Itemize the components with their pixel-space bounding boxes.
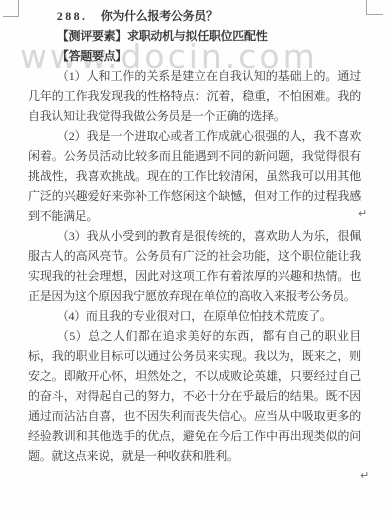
question-number: 2 8 8 .: [57, 9, 85, 23]
text-boundary-mark-top-right: [366, 0, 383, 15]
question-text: 你为什么报考公务员？: [101, 9, 218, 23]
document-page: www.docin.com 2 8 8 .你为什么报考公务员？ 【测评要素】求职…: [0, 0, 389, 518]
assessment-elements-line: 【测评要素】求职动机与拟任职位匹配性: [28, 26, 361, 46]
answer-paragraph-1: （1）人和工作的关系是建立在自我认知的基础上的。通过几年的工作我发现我的性格特点…: [28, 66, 361, 126]
document-content: 2 8 8 .你为什么报考公务员？ 【测评要素】求职动机与拟任职位匹配性 【答题…: [28, 6, 361, 466]
answer-paragraph-3: （3）我从小受到的教育是很传统的，喜欢助人为乐，很佩服古人的高风亮节。公务员有广…: [28, 226, 361, 306]
answer-paragraph-4: （4）而且我的专业很对口，在原单位怕技术荒废了。: [28, 306, 361, 326]
paragraph-return-mark: ↵: [358, 208, 367, 219]
text-boundary-mark-top-left: [3, 0, 19, 17]
question-title-line: 2 8 8 .你为什么报考公务员？: [28, 6, 361, 26]
answer-paragraph-5: （5）总之人们都在追求美好的东西，都有自己的职业目标，我的职业目标可以通过公务员…: [28, 326, 361, 466]
paragraph-return-mark: ↵: [360, 470, 369, 481]
answer-points-heading: 【答题要点】: [28, 46, 361, 66]
answer-paragraph-2: （2）我是一个进取心或者工作成就心很强的人，我不喜欢闲着。公务员活动比较多而且能…: [28, 126, 361, 226]
